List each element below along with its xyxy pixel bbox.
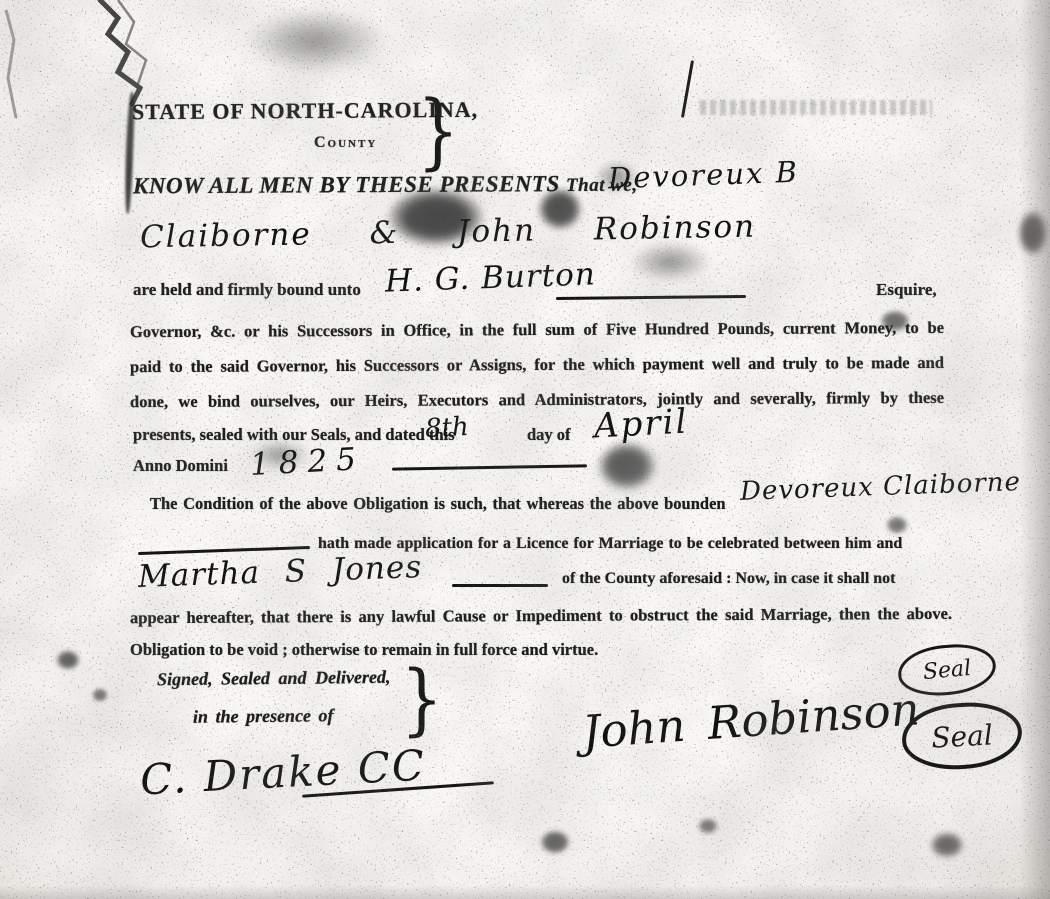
anno-domini-text: Anno Domini [133, 456, 228, 476]
handwritten-day: 8th [424, 412, 469, 444]
handwritten-obligee: H. G. Burton [384, 256, 596, 299]
seal-text: Seal [930, 718, 993, 754]
condition-line-3: of the County aforesaid : Now, in case i… [562, 570, 896, 588]
stain [886, 516, 908, 534]
stain [245, 10, 385, 72]
stain [698, 818, 718, 834]
scan-edge-shadow [0, 885, 1050, 899]
esquire-text: Esquire, [876, 280, 937, 300]
handwritten-bondsman-first: Devoreux B [607, 155, 799, 196]
ghost-print-offset [700, 100, 932, 115]
handwritten-bride-name: Martha S Jones [137, 549, 422, 595]
day-of-text: day of [527, 425, 571, 445]
obligation-line-1: Governor, &c. or his Successors in Offic… [130, 318, 944, 342]
stain [930, 832, 964, 858]
pen-stroke-mark [681, 60, 694, 118]
signed-sealed-text: Signed, Sealed and Delivered, [157, 667, 391, 690]
know-all-men-line: KNOW ALL MEN BY THESE PRESENTS That we, [133, 171, 638, 200]
condition-line-5: Obligation to be void ; otherwise to rem… [130, 640, 598, 660]
condition-line-4: appear hereafter, that there is any lawf… [130, 604, 952, 628]
seal-text: Seal [922, 655, 972, 684]
scan-edge-shadow [1020, 0, 1050, 899]
signature-witness-c-drake: C. Drake CC [139, 741, 427, 805]
blank-line-dash [392, 464, 587, 470]
obligation-line-3: done, we bind ourselves, our Heirs, Exec… [130, 388, 944, 412]
signature-john-robinson: John Robinson [581, 682, 922, 758]
header-brace: } [417, 84, 459, 179]
handwritten-month: April [593, 402, 689, 447]
condition-line-1: The Condition of the above Obligation is… [150, 494, 726, 514]
stain [540, 830, 570, 854]
handwritten-year: 1825 [249, 441, 366, 483]
bound-unto-text: are held and firmly bound unto [133, 280, 361, 300]
handwritten-bondsman-names: Claiborne & John Robinson [140, 209, 757, 256]
blank-line-dash [452, 584, 548, 587]
obligation-line-2: paid to the said Governor, his Successor… [130, 353, 944, 377]
dated-prefix-text: presents, sealed with our Seals, and dat… [133, 425, 455, 445]
presents-text: KNOW ALL MEN BY THESE PRESENTS [133, 171, 560, 198]
stain [92, 688, 108, 702]
stain [598, 442, 656, 490]
presence-of-text: in the presence of [193, 705, 334, 727]
blank-line-dash [556, 295, 746, 299]
marriage-bond-scan: STATE OF NORTH-CAROLINA, County } KNOW A… [0, 0, 1050, 899]
stain [1018, 210, 1048, 256]
county-label: County [314, 134, 377, 152]
execution-brace: } [401, 655, 443, 745]
handwritten-groom-name: Devoreux Claiborne [740, 467, 1022, 507]
stain [630, 242, 710, 282]
stain [56, 650, 80, 670]
